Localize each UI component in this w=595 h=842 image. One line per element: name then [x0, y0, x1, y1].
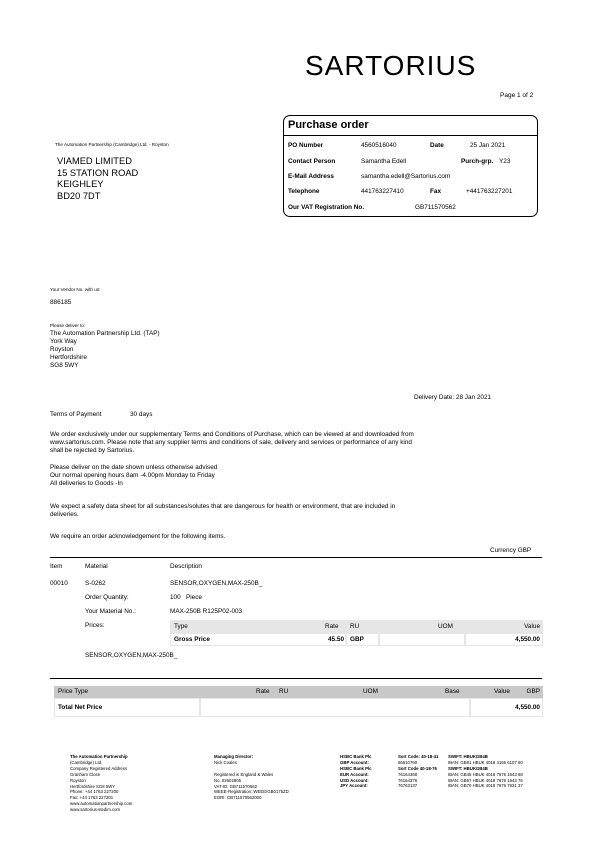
footer-link[interactable]: www.sartorius-stedim.com [70, 807, 132, 813]
totals-header: Price Type Rate RU UOM Base Value GBP [54, 686, 543, 698]
footer-bank-details: HSBC Bank PlcSort Code: 40-18-41SWIFT: H… [340, 754, 550, 789]
deliver-to-line: SG8 5WY [50, 362, 160, 370]
price-type: Gross Price [174, 636, 210, 643]
purch-grp-value: Y23 [499, 158, 510, 165]
price-table: Type Rate RU UOM Value Gross Price 45.50… [170, 620, 543, 646]
price-rate: 45.50 [328, 636, 344, 643]
bank-cell: 76763137 [398, 783, 417, 789]
totals-row: Total Net Price 4,550.00 [54, 698, 543, 717]
total-ru-header: RU [279, 688, 288, 695]
acknowledgement-paragraph: We require an order acknowledgement for … [50, 533, 550, 541]
po-date-value: 25 Jan 2021 [470, 142, 505, 149]
deliver-to-line: York Way [50, 338, 160, 346]
totals-top-rule [50, 678, 542, 679]
price-table-row: Gross Price 45.50 GBP 4,550.00 [170, 633, 543, 646]
sartorius-logo: SARTORIUS [305, 50, 476, 82]
order-qty-label: Order Quantity: [85, 594, 129, 601]
item-number: 00010 [50, 580, 68, 587]
paragraph-line: Our normal opening hours 8am -4.00pm Mon… [50, 472, 550, 480]
po-title-divider [284, 135, 537, 136]
description-header: Description [170, 563, 202, 570]
price-table-header: Type Rate RU UOM Value [170, 620, 543, 633]
cell-bg [201, 699, 469, 716]
fax-value: +441763227201 [466, 188, 512, 195]
bank-row: JPY Account:76763137IBAN: GB70 HBUK 4018… [340, 783, 550, 789]
purch-grp-label: Purch-grp. [461, 158, 493, 165]
total-net-price-value: 4,550.00 [515, 704, 540, 711]
po-number-value: 4560516040 [361, 142, 397, 149]
total-currency-header: GBP [527, 688, 541, 695]
po-title: Purchase order [288, 119, 369, 131]
price-value: 4,550.00 [515, 636, 540, 643]
vendor-address: VIAMED LIMITED 15 STATION ROAD KEIGHLEY … [57, 156, 138, 202]
fax-label: Fax [430, 188, 441, 195]
telephone-value: 441763227410 [361, 188, 404, 195]
prices-label: Prices: [85, 622, 105, 629]
total-net-price-label: Total Net Price [58, 704, 102, 711]
delivery-notes-paragraph: Please deliver on the date shown unless … [50, 464, 550, 488]
vat-value: GB711570562 [415, 204, 456, 211]
vendor-no-value: 886185 [50, 299, 71, 306]
vendor-no-label: Your Vendor No. with us: [50, 287, 100, 292]
deliver-to-line: The Automation Partnership Ltd. (TAP) [50, 330, 160, 338]
order-qty-unit: Piece [186, 594, 202, 601]
currency-label: Currency GBP [490, 547, 531, 554]
vendor-address-line: BD20 7DT [57, 191, 138, 203]
paragraph-line: We order exclusively under our supplemen… [50, 431, 550, 439]
price-uom-header: UOM [438, 623, 453, 630]
contact-value: Samantha Edell [361, 158, 406, 165]
cell-bg [380, 634, 464, 645]
item-long-text: SENSOR,OXYGEN,MAX-250B_ [85, 652, 177, 659]
vendor-address-line: VIAMED LIMITED [57, 156, 138, 168]
item-header: Item [50, 563, 62, 570]
vendor-address-line: 15 STATION ROAD [57, 168, 138, 180]
price-type-header: Type [174, 623, 188, 630]
paragraph-line: Please deliver on the date shown unless … [50, 464, 550, 472]
footer-registration: Managing Director: Nick Coales Registere… [214, 754, 289, 801]
paragraph-line: deliveries. [50, 511, 550, 519]
sender-line: The Automation Partnership (Cambridge) L… [55, 142, 169, 147]
page-number: Page 1 of 2 [500, 92, 533, 99]
paragraph-line: We expect a safety data sheet for all su… [50, 503, 550, 511]
bank-cell: IBAN: GB70 HBUK 4018 7676 7631 37 [448, 783, 523, 789]
email-label: E-Mail Address [288, 173, 334, 180]
footer-company: The Automation Partnership (Cambridge) L… [70, 754, 132, 813]
total-base-header: Base [445, 688, 460, 695]
safety-paragraph: We expect a safety data sheet for all su… [50, 503, 550, 519]
contact-label: Contact Person [288, 158, 335, 165]
total-price-type-header: Price Type [58, 688, 88, 695]
paragraph-line: www.sartorius.com. Please note that any … [50, 439, 550, 447]
item-description: SENSOR,OXYGEN,MAX-250B_ [170, 580, 262, 587]
your-material-value: MAX-250B R125P02-003 [170, 608, 242, 615]
purchase-order-box: Purchase order PO Number 4560516040 Date… [283, 115, 538, 217]
vat-label: Our VAT Registration No. [288, 204, 364, 211]
vendor-address-line: KEIGHLEY [57, 179, 138, 191]
paragraph-line: All deliveries to Goods -In [50, 480, 550, 488]
footer-line: EORI: GB711570562000 [214, 795, 289, 801]
material-header: Material [85, 563, 108, 570]
footer-line: Company Registered Address [70, 766, 132, 772]
total-uom-header: UOM [363, 688, 378, 695]
price-ru: GBP [350, 636, 364, 643]
items-top-rule [50, 557, 542, 558]
price-value-header: Value [524, 623, 540, 630]
order-qty-value: 100 [170, 594, 181, 601]
bank-cell: JPY Account: [340, 783, 368, 789]
email-value: samantha.edell@Sartorius.com [361, 173, 450, 180]
your-material-label: Your Material No.: [85, 608, 136, 615]
deliver-to-line: Royston [50, 346, 160, 354]
price-ru-header: RU [350, 623, 359, 630]
delivery-date: Delivery Date: 28 Jan 2021 [414, 394, 491, 401]
total-value-header: Value [494, 688, 510, 695]
deliver-to-line: Hertfordshire [50, 354, 160, 362]
item-material: S-0262 [85, 580, 106, 587]
deliver-to-label: Please deliver to: [50, 323, 85, 328]
deliver-to-address: The Automation Partnership Ltd. (TAP) Yo… [50, 330, 160, 370]
telephone-label: Telephone [288, 188, 319, 195]
terms-conditions-paragraph: We order exclusively under our supplemen… [50, 431, 550, 455]
po-number-label: PO Number [288, 142, 323, 149]
terms-of-payment-label: Terms of Payment [50, 411, 102, 418]
total-rate-header: Rate [256, 688, 270, 695]
totals-table: Price Type Rate RU UOM Base Value GBP To… [54, 686, 543, 717]
price-rate-header: Rate [325, 623, 339, 630]
paragraph-line: shall be rejected by Sartorius. [50, 447, 550, 455]
po-date-label: Date [430, 142, 444, 149]
terms-of-payment-value: 30 days [130, 411, 152, 418]
